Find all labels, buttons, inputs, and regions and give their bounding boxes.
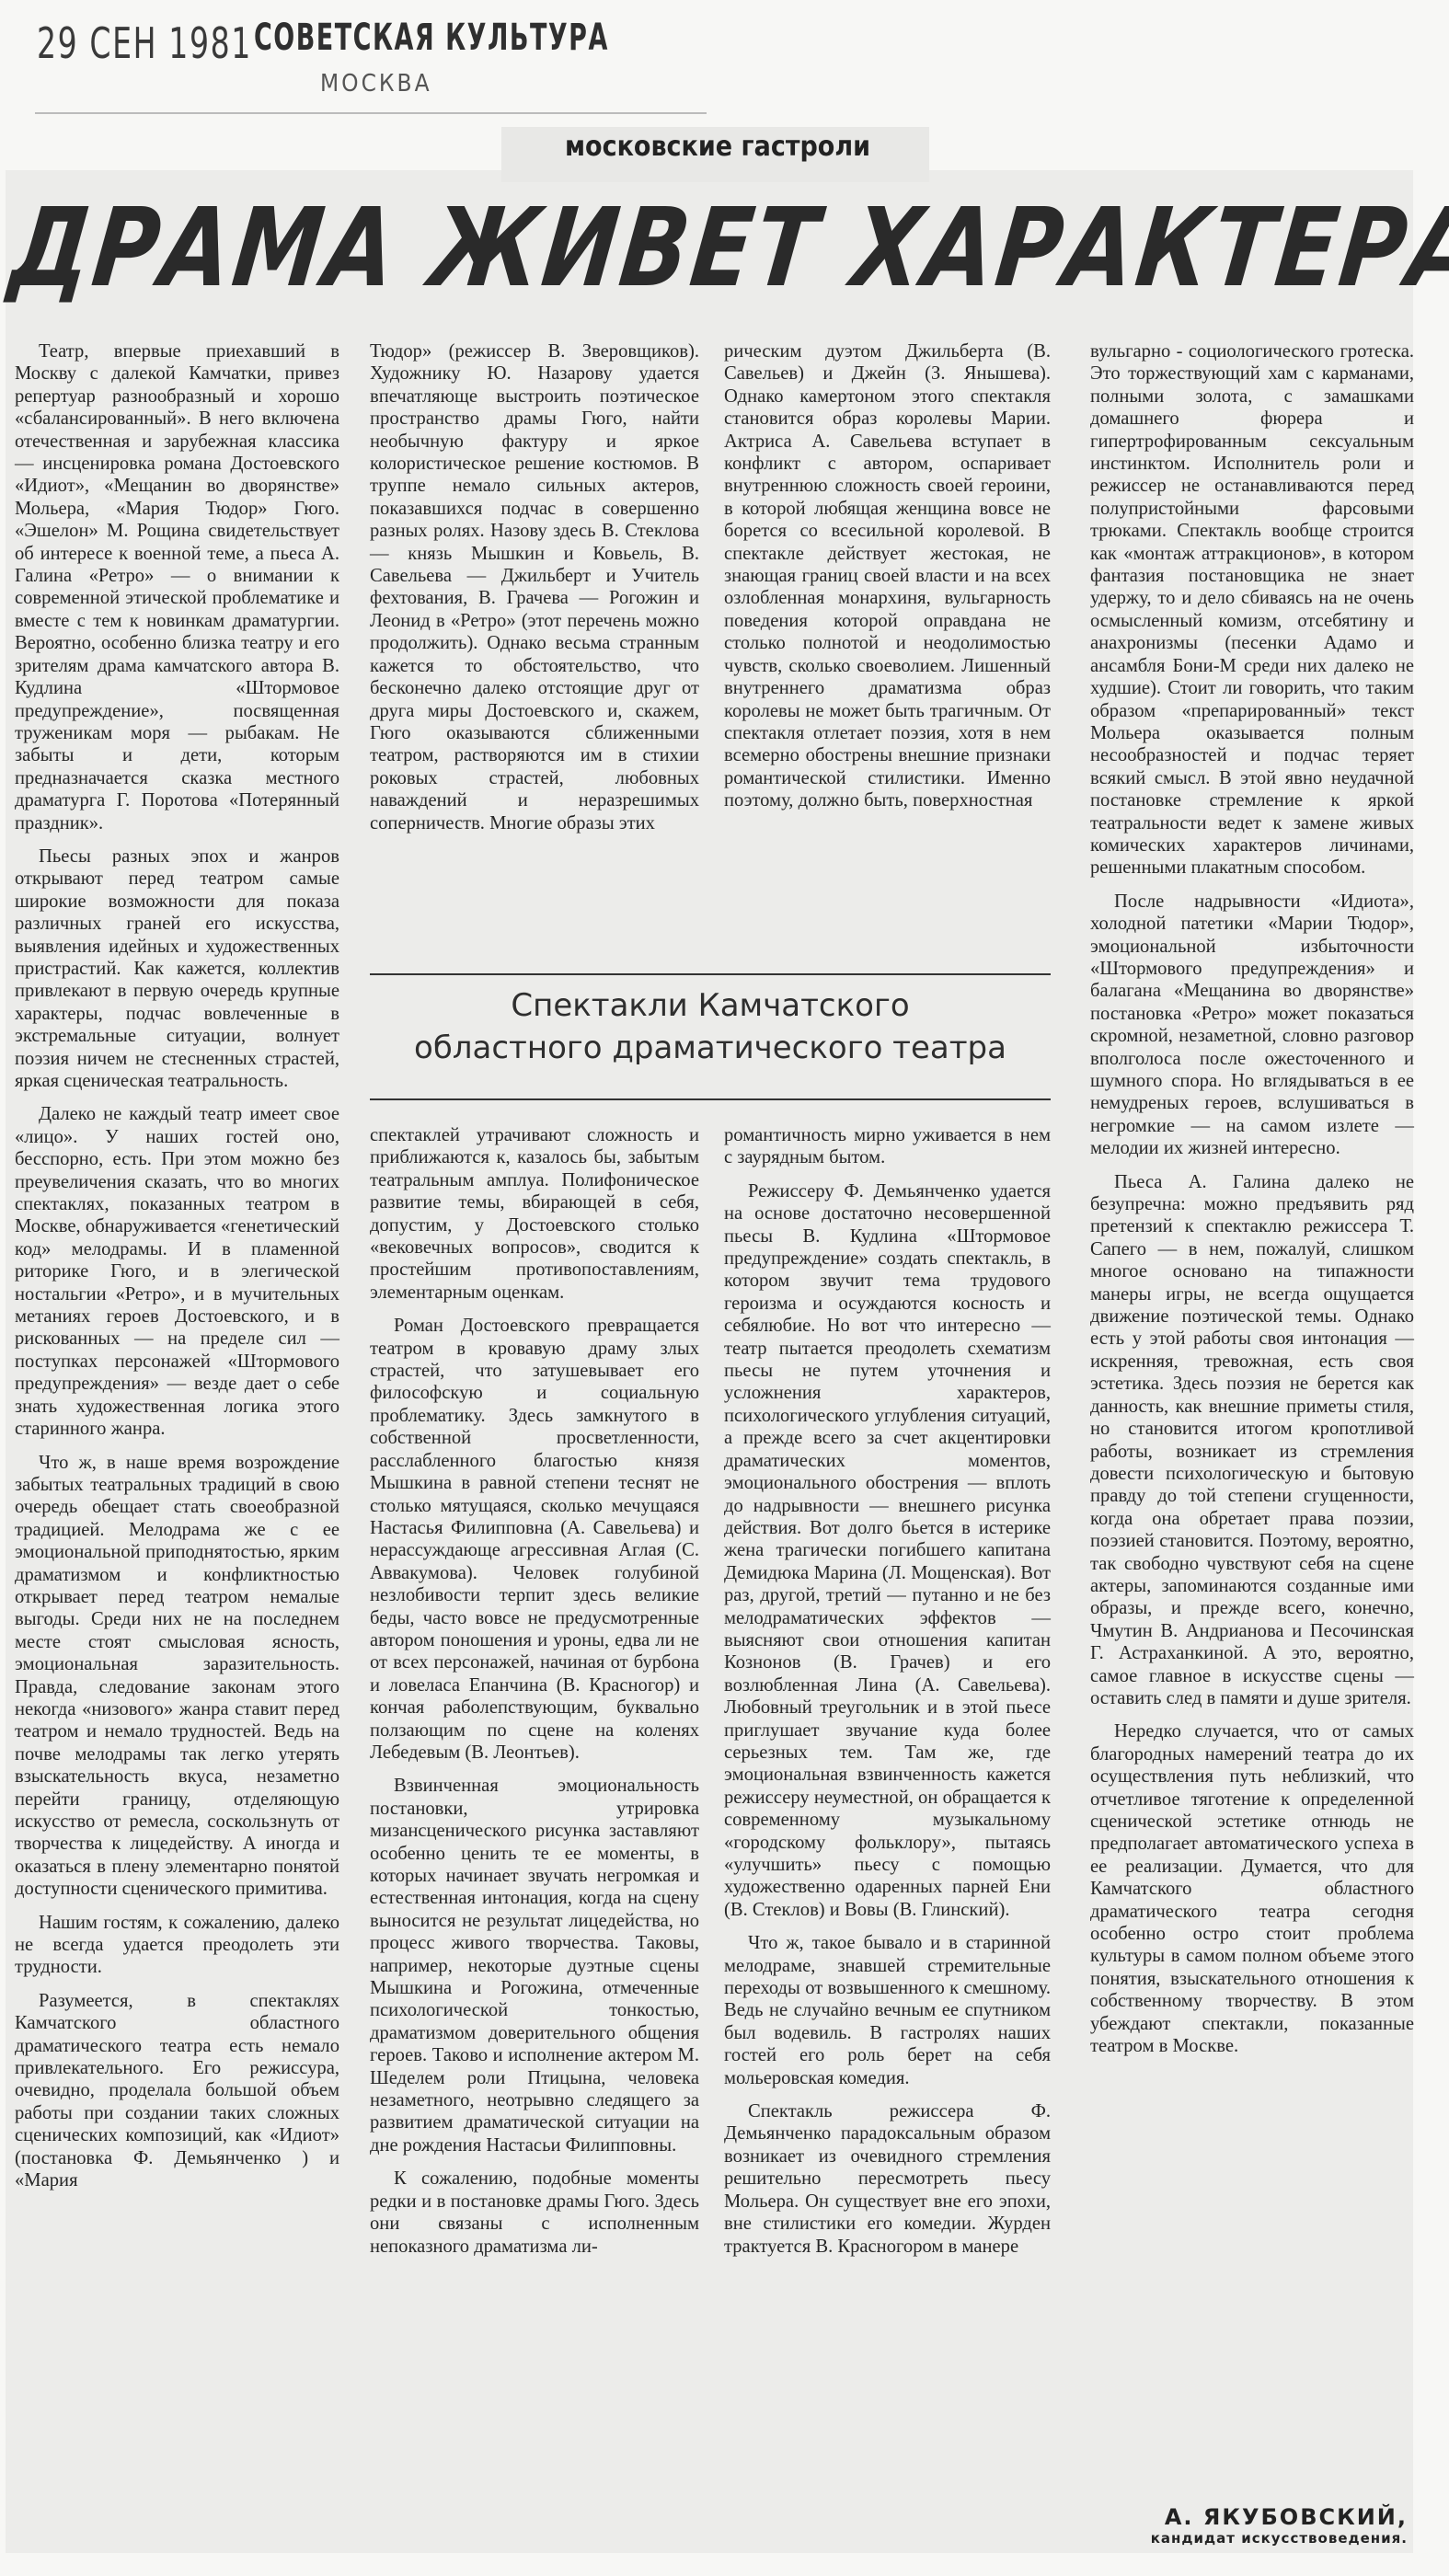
article-subheading: Спектакли Камчатского областного драмати… [370,973,1051,1069]
archive-stamp-date: 29 СЕН 1981 [37,18,252,68]
article-column-2-top: Тюдор» (режиссер В. Зверовщиков). Художн… [370,340,699,845]
article-column-2-bottom: спектаклей утрачивают сложность и прибли… [370,1124,699,2269]
subheading-bottom-rule [370,1098,1051,1100]
paragraph: Пьесы разных эпох и жанров открывают пер… [15,845,339,1092]
paragraph: Взвинченная эмоциональность постановки, … [370,1775,699,2156]
paragraph: Что ж, в наше время возрождение забытых … [15,1452,339,1901]
article-column-1: Театр, впервые приехавший в Москву с дал… [15,340,339,2203]
author-credentials: кандидат искусствоведения. [1095,2530,1408,2547]
paragraph: Тюдор» (режиссер В. Зверовщиков). Художн… [370,340,699,834]
article-column-3-bottom: романтичность мирно уживается в нем с за… [724,1124,1051,2269]
paragraph: Спектакль режиссера Ф. Демьянченко парад… [724,2100,1051,2258]
author-name: А. ЯКУБОВСКИЙ, [1095,2504,1408,2530]
paragraph: Что ж, такое бывало и в старинной мелодр… [724,1932,1051,2089]
paragraph: Режиссеру Ф. Демьянченко удается на осно… [724,1180,1051,1921]
article-headline: ДРАМА ЖИВЕТ ХАРАКТЕРАМИ [5,189,1180,308]
paragraph: К сожалению, подобные моменты редки и в … [370,2168,699,2258]
paragraph: Пьеса А. Галина далеко не безупречна: мо… [1090,1171,1414,1710]
subheading-line-1: Спектакли Камчатского [370,984,1051,1027]
paragraph: Разумеется, в спектаклях Камчатского обл… [15,1990,339,2192]
paragraph: вульгарно - социологического гротеска. Э… [1090,340,1414,880]
paragraph: спектаклей утрачивают сложность и прибли… [370,1124,699,1304]
paragraph: Театр, впервые приехавший в Москву с дал… [15,340,339,834]
paragraph: романтичность мирно уживается в нем с за… [724,1124,1051,1169]
stamp-divider [35,112,707,114]
paragraph: Нередко случается, что от самых благород… [1090,1720,1414,2057]
paragraph: Далеко не каждый театр имеет свое «лицо»… [15,1103,339,1440]
rubric-label: московские гастроли [532,131,904,163]
paragraph: рическим дуэтом Джильберта (В. Савельев)… [724,340,1051,812]
archive-stamp-newspaper: СОВЕТСКАЯ КУЛЬТУРА [254,17,609,59]
article-column-4: вульгарно - социологического гротеска. Э… [1090,340,1414,2068]
paragraph: Нашим гостям, к сожалению, далеко не все… [15,1912,339,1979]
paragraph: После надрывности «Идиота», холодной пат… [1090,891,1414,1160]
article-byline: А. ЯКУБОВСКИЙ, кандидат искусствоведения… [1095,2504,1408,2547]
paragraph: Роман Достоевского превращается театром … [370,1315,699,1764]
archive-stamp-city: МОСКВА [320,70,432,98]
subheading-line-2: областного драматического театра [370,1027,1051,1069]
article-column-3-top: рическим дуэтом Джильберта (В. Савельев)… [724,340,1051,823]
